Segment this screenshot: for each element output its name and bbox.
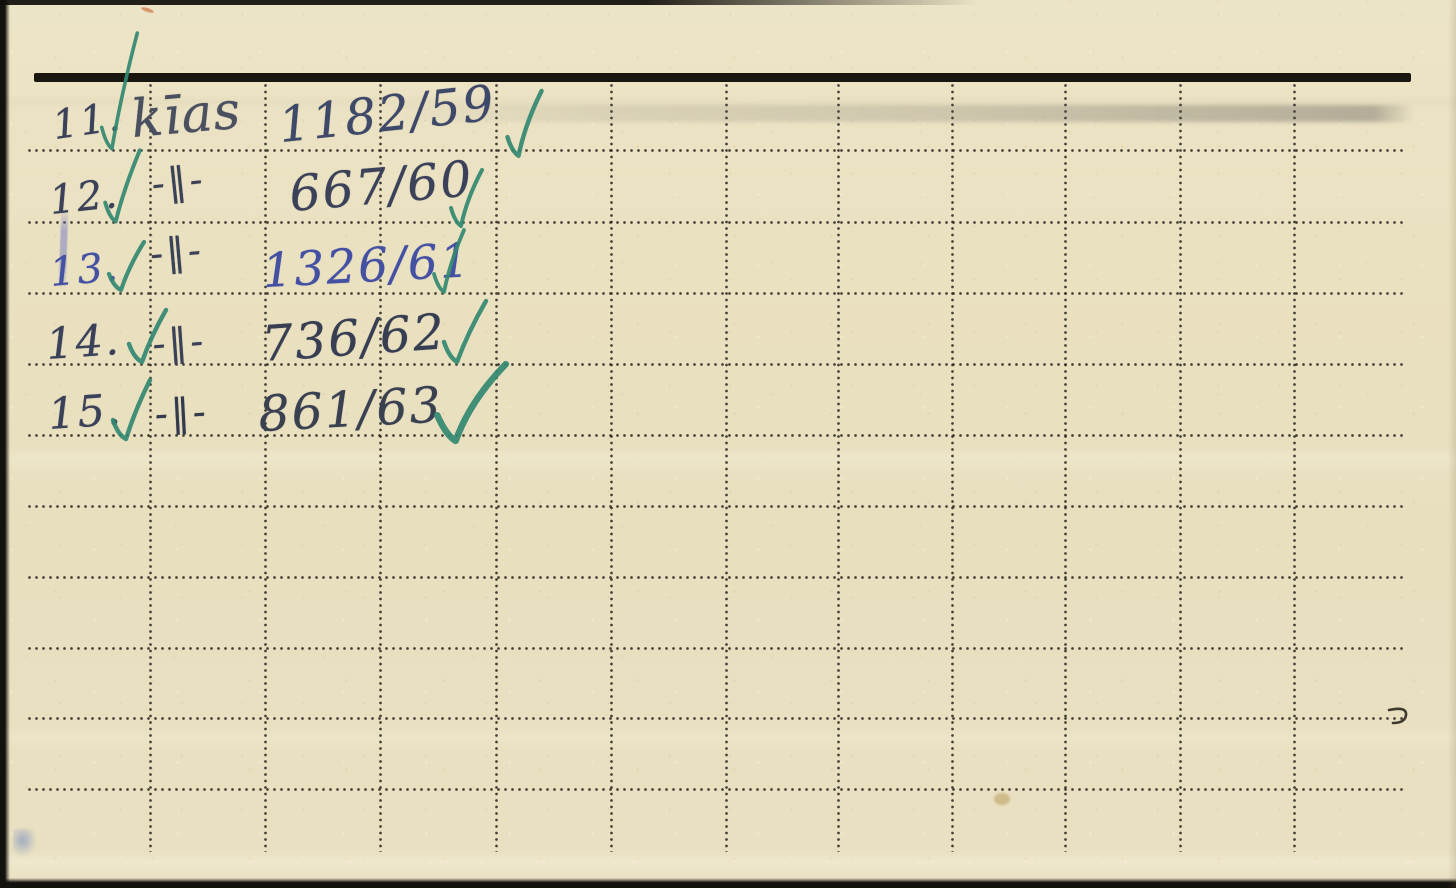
grid-vline [610, 84, 613, 852]
checkmark-icon [100, 146, 144, 230]
blue-ink-smudge [13, 829, 37, 857]
checkmark-icon [104, 238, 148, 296]
scan-edge-right [1448, 0, 1456, 888]
checkmark-icon [108, 376, 154, 446]
checkmark-icon [446, 166, 486, 232]
grid-vline [837, 84, 840, 852]
grid-hline [28, 221, 1406, 224]
entry-number: 14. [45, 315, 123, 370]
grid-hline [28, 292, 1406, 295]
grid-hline [28, 647, 1406, 650]
checkmark-icon [502, 86, 546, 164]
ditto-mark: -‖- [149, 157, 207, 206]
scan-edge-top [0, 0, 980, 5]
grid-hline [28, 434, 1406, 437]
grid-vline [264, 84, 267, 852]
scan-edge-bottom [0, 878, 1456, 888]
index-card: 11. kīas 1182/59 12. -‖- 667/60 13. -‖- … [0, 0, 1456, 888]
checkmark-icon [430, 358, 512, 448]
checkmark-icon [430, 226, 468, 298]
entry-value: 1182/59 [276, 75, 498, 154]
grid-hline [28, 149, 1406, 152]
grid-vline [725, 84, 728, 852]
grid-hline [28, 788, 1406, 791]
paper-stain [994, 793, 1010, 805]
header-rule [34, 73, 1411, 82]
paper-fiber [141, 6, 155, 14]
pen-hook-mark [1386, 704, 1412, 728]
grid-hline [28, 717, 1406, 720]
ditto-mark: -‖- [151, 318, 208, 366]
grid-vline [1293, 84, 1296, 852]
entry-name: kīas [129, 81, 244, 150]
grid-hline [28, 576, 1406, 579]
ditto-mark: -‖- [154, 389, 210, 436]
grid-vline [149, 84, 152, 852]
grid-vline [495, 84, 498, 852]
entry-value: 861/63 [257, 376, 444, 443]
grid-hline [28, 363, 1406, 366]
grid-vline [951, 84, 954, 852]
ditto-mark: -‖- [148, 227, 205, 276]
grid-vline [1064, 84, 1067, 852]
grid-vline [1179, 84, 1182, 852]
scan-edge-left [0, 0, 10, 888]
grid-hline [28, 505, 1406, 508]
